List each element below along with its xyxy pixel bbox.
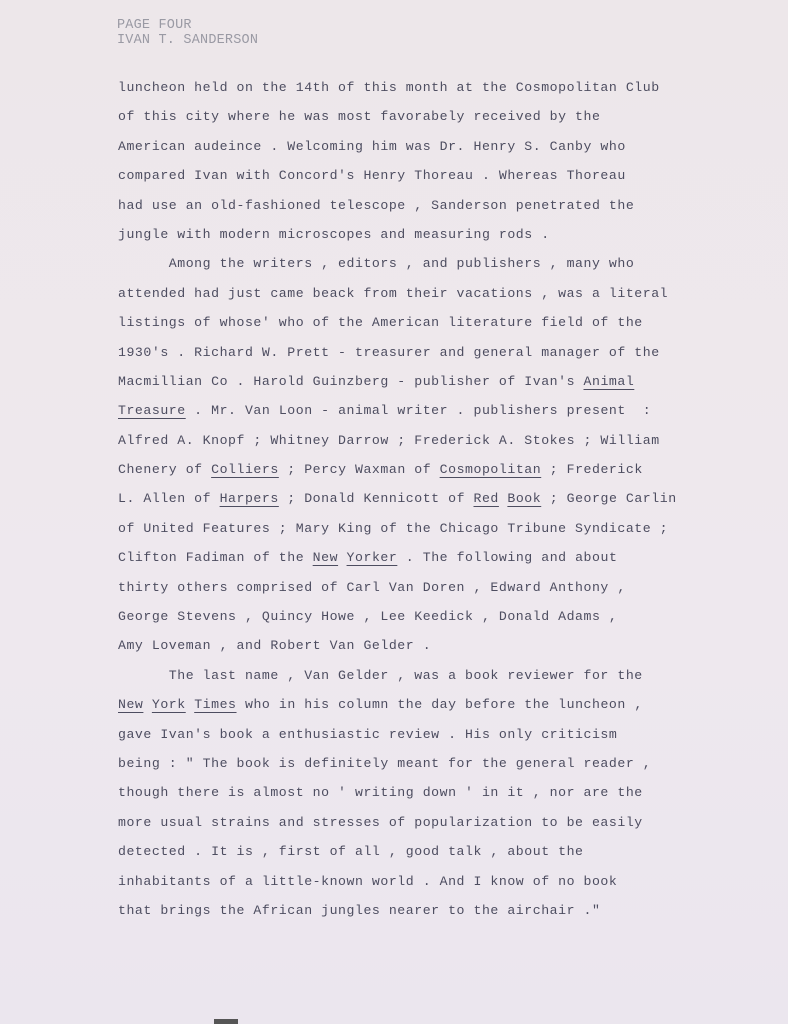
underlined-title: Cosmopolitan <box>440 462 542 477</box>
text-line: that brings the African jungles nearer t… <box>118 900 698 929</box>
text-line: Clifton Fadiman of the New Yorker . The … <box>118 547 698 576</box>
text-line: had use an old-fashioned telescope , San… <box>118 195 698 224</box>
text-line: George Stevens , Quincy Howe , Lee Keedi… <box>118 606 698 635</box>
document-body: luncheon held on the 14th of this month … <box>118 77 698 929</box>
underlined-title: York <box>152 697 186 712</box>
text-line: Macmillian Co . Harold Guinzberg - publi… <box>118 371 698 400</box>
underlined-title: Yorker <box>347 550 398 565</box>
text-line: of this city where he was most favorabel… <box>118 106 698 135</box>
text-line: Among the writers , editors , and publis… <box>118 253 698 282</box>
typed-page: PAGE FOUR IVAN T. SANDERSON luncheon hel… <box>0 0 788 1024</box>
author-name-label: IVAN T. SANDERSON <box>117 33 258 48</box>
underlined-title: Times <box>194 697 236 712</box>
text-line: 1930's . Richard W. Prett - treasurer an… <box>118 342 698 371</box>
underlined-title: Book <box>507 491 541 506</box>
text-line: thirty others comprised of Carl Van Dore… <box>118 577 698 606</box>
underlined-title: Red <box>474 491 499 506</box>
text-line: Treasure . Mr. Van Loon - animal writer … <box>118 400 698 429</box>
underlined-title: Harpers <box>220 491 279 506</box>
text-line: detected . It is , first of all , good t… <box>118 841 698 870</box>
bottom-edge-mark <box>214 1019 238 1024</box>
text-line: Alfred A. Knopf ; Whitney Darrow ; Frede… <box>118 430 698 459</box>
text-line: New York Times who in his column the day… <box>118 694 698 723</box>
text-line: The last name , Van Gelder , was a book … <box>118 665 698 694</box>
underlined-title: New <box>313 550 338 565</box>
text-line: attended had just came beack from their … <box>118 283 698 312</box>
text-line: compared Ivan with Concord's Henry Thore… <box>118 165 698 194</box>
underlined-title: Treasure <box>118 403 186 418</box>
underlined-title: New <box>118 697 143 712</box>
text-line: of United Features ; Mary King of the Ch… <box>118 518 698 547</box>
text-line: luncheon held on the 14th of this month … <box>118 77 698 106</box>
text-line: more usual strains and stresses of popul… <box>118 812 698 841</box>
text-line: gave Ivan's book a enthusiastic review .… <box>118 724 698 753</box>
text-line: being : " The book is definitely meant f… <box>118 753 698 782</box>
page-header: PAGE FOUR IVAN T. SANDERSON <box>117 18 258 48</box>
text-line: Amy Loveman , and Robert Van Gelder . <box>118 635 698 664</box>
underlined-title: Animal <box>584 374 635 389</box>
text-line: American audeince . Welcoming him was Dr… <box>118 136 698 165</box>
text-line: Chenery of Colliers ; Percy Waxman of Co… <box>118 459 698 488</box>
text-line: jungle with modern microscopes and measu… <box>118 224 698 253</box>
page-number-label: PAGE FOUR <box>117 18 258 33</box>
text-line: inhabitants of a little-known world . An… <box>118 871 698 900</box>
text-line: listings of whose' who of the American l… <box>118 312 698 341</box>
text-line: L. Allen of Harpers ; Donald Kennicott o… <box>118 488 698 517</box>
underlined-title: Colliers <box>211 462 279 477</box>
text-line: though there is almost no ' writing down… <box>118 782 698 811</box>
